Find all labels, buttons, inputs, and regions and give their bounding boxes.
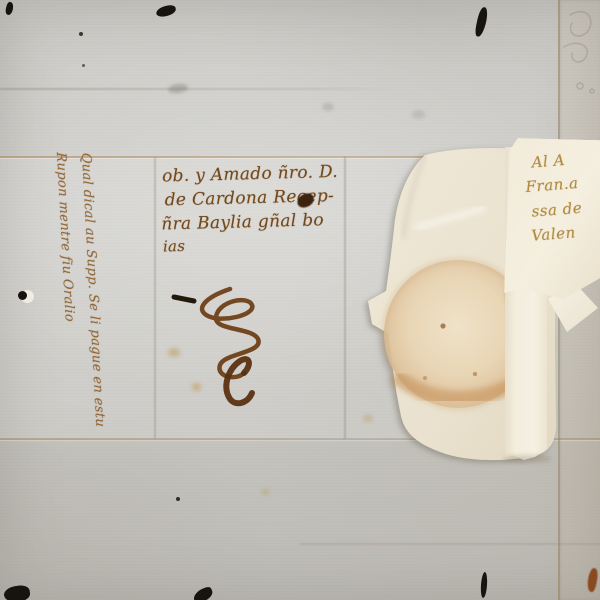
pencil-scribble [552,5,600,115]
docket-note: Qual dical au Supp. Se li pague en estu … [47,152,114,452]
fold-line-horizontal-top [0,88,392,90]
address-line: ias [163,232,354,258]
stain [262,489,269,495]
ink-speck [79,32,83,36]
label-line: Valen [531,220,585,248]
edge-tear-mark [191,586,214,600]
address-label-text: Al A Fran.a ssa de Valen [521,147,585,248]
fold-line-horizontal-bottom [300,543,600,545]
rust-mark [586,567,599,592]
address-label-piece: Al A Fran.a ssa de Valen [504,138,600,300]
edge-tear-mark [155,4,177,18]
worm-hole [18,291,27,300]
smudge [322,103,334,111]
sealing-band-shadow [503,455,551,463]
letter-photo: Qual dical au Supp. Se li pague en estu … [0,0,600,600]
paraph-flourish-icon [160,283,290,413]
address-block: ob. y Amado ñro. D. de Cardona Recep- ñr… [162,160,354,259]
fold-line-vertical-left [154,157,156,439]
ink-speck [82,64,85,67]
label-line: Al A [531,147,579,175]
edge-slit-mark [480,572,488,598]
edge-tear-mark [3,584,31,600]
smudge [167,83,188,95]
edge-tear-mark [474,6,489,37]
ink-speck [176,497,180,501]
smudge [412,110,425,119]
label-line: ssa de [531,195,583,223]
edge-tear-mark [5,1,15,15]
